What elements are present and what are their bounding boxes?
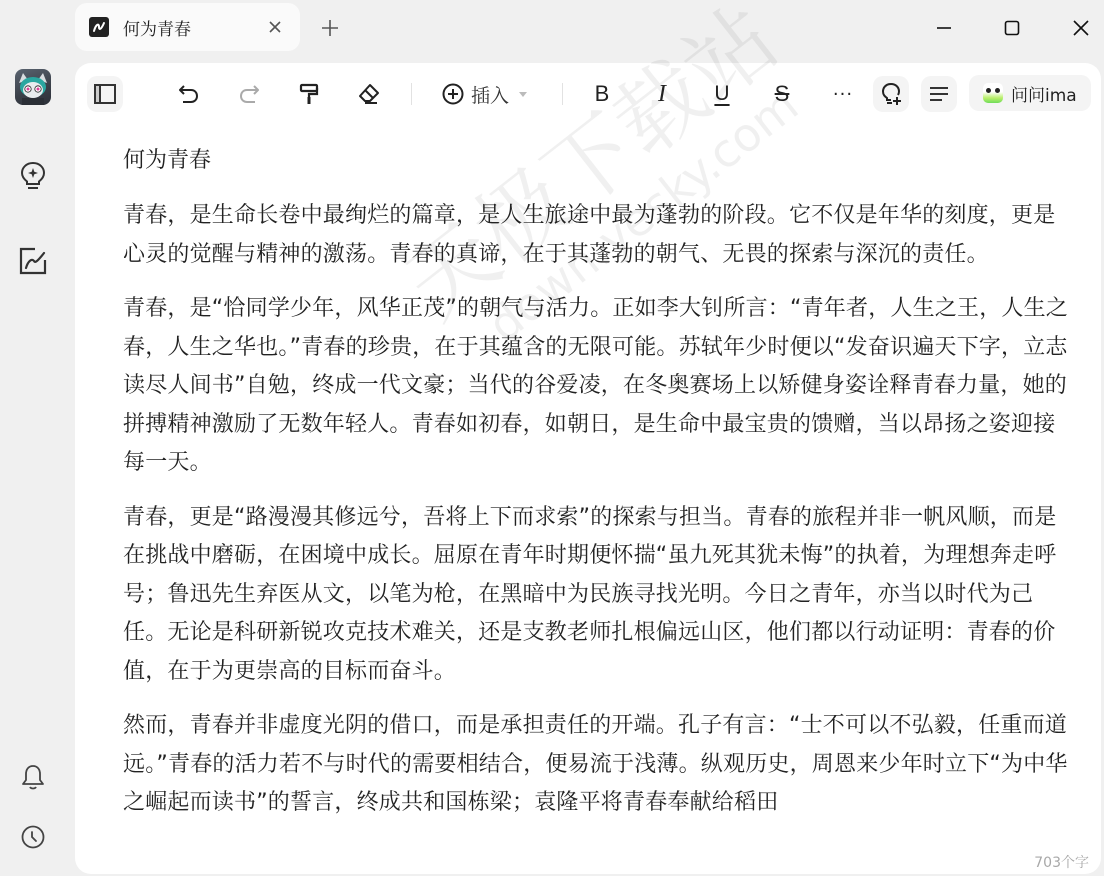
note-logo-icon	[89, 17, 109, 37]
plus-icon	[321, 19, 339, 37]
plus-circle-icon	[441, 82, 465, 106]
word-count: 703个字	[1034, 852, 1089, 872]
bell-icon	[20, 763, 46, 791]
add-to-knowledge-button[interactable]	[873, 76, 909, 112]
paragraph[interactable]: 青春，更是“路漫漫其修远兮，吾将上下而求索”的探索与担当。青春的旅程并非一帆风顺…	[123, 499, 1073, 692]
maximize-icon	[1004, 20, 1020, 36]
minimize-button[interactable]	[926, 10, 962, 46]
paragraph[interactable]: 然而，青春并非虚度光阴的借口，而是承担责任的开端。孔子有言：“士不可以不弘毅，任…	[123, 707, 1073, 823]
redo-button[interactable]	[231, 76, 267, 112]
user-avatar[interactable]	[15, 69, 51, 105]
new-tab-button[interactable]	[316, 14, 344, 42]
sidebar-toggle-button[interactable]	[87, 76, 123, 112]
note-pen-icon	[18, 246, 48, 276]
paragraph[interactable]: 青春，是生命长卷中最绚烂的篇章，是人生旅途中最为蓬勃的阶段。它不仅是年华的刻度，…	[123, 197, 1073, 274]
editor-panel: 插入 B I U S ···	[75, 63, 1101, 874]
undo-button[interactable]	[171, 76, 207, 112]
format-painter-icon	[297, 82, 321, 106]
close-window-button[interactable]	[1063, 10, 1099, 46]
bold-button[interactable]: B	[584, 76, 620, 112]
ask-ima-button[interactable]: 问问ima	[969, 75, 1091, 111]
ask-ima-label: 问问ima	[1011, 81, 1077, 106]
document-title[interactable]: 何为青春	[123, 143, 1073, 179]
redo-icon	[237, 83, 261, 105]
caret-down-icon	[517, 88, 529, 100]
paragraph[interactable]: 青春，是“恰同学少年，风华正茂”的朝气与活力。正如李大钊所言：“青年者，人生之王…	[123, 290, 1073, 483]
tab-title: 何为青春	[123, 15, 264, 40]
italic-icon: I	[658, 81, 666, 108]
close-tab-icon[interactable]	[264, 16, 286, 38]
more-icon: ···	[833, 84, 853, 105]
rail-item-ai[interactable]	[17, 160, 49, 192]
editor-toolbar: 插入 B I U S ···	[75, 63, 1101, 125]
bulb-sparkle-icon	[19, 161, 47, 191]
clock-icon	[20, 824, 46, 850]
strikethrough-button[interactable]: S	[764, 76, 800, 112]
strikethrough-icon: S	[775, 81, 790, 107]
rail-item-notes[interactable]	[17, 245, 49, 277]
underline-button[interactable]: U	[704, 76, 740, 112]
close-icon	[1073, 20, 1089, 36]
underline-icon: U	[714, 82, 729, 106]
maximize-button[interactable]	[994, 10, 1030, 46]
minimize-icon	[936, 20, 952, 36]
eraser-icon	[357, 82, 381, 106]
outline-icon	[928, 84, 950, 104]
italic-button[interactable]: I	[644, 76, 680, 112]
outline-button[interactable]	[921, 76, 957, 112]
clear-format-button[interactable]	[351, 76, 387, 112]
bulb-add-icon	[879, 81, 903, 107]
toolbar-divider	[411, 83, 412, 105]
format-painter-button[interactable]	[291, 76, 327, 112]
bold-icon: B	[595, 81, 610, 107]
insert-dropdown[interactable]: 插入	[435, 76, 535, 112]
insert-label: 插入	[471, 81, 509, 108]
ima-panda-icon	[983, 83, 1003, 103]
rail-item-notifications[interactable]	[17, 761, 49, 793]
sidebar-toggle-icon	[93, 83, 117, 105]
undo-icon	[177, 83, 201, 105]
document-editor[interactable]: 何为青春 青春，是生命长卷中最绚烂的篇章，是人生旅途中最为蓬勃的阶段。它不仅是年…	[123, 143, 1073, 850]
toolbar-divider	[562, 83, 563, 105]
document-tab[interactable]: 何为青春	[75, 3, 300, 51]
more-button[interactable]: ···	[825, 76, 861, 112]
rail-item-history[interactable]	[17, 821, 49, 853]
